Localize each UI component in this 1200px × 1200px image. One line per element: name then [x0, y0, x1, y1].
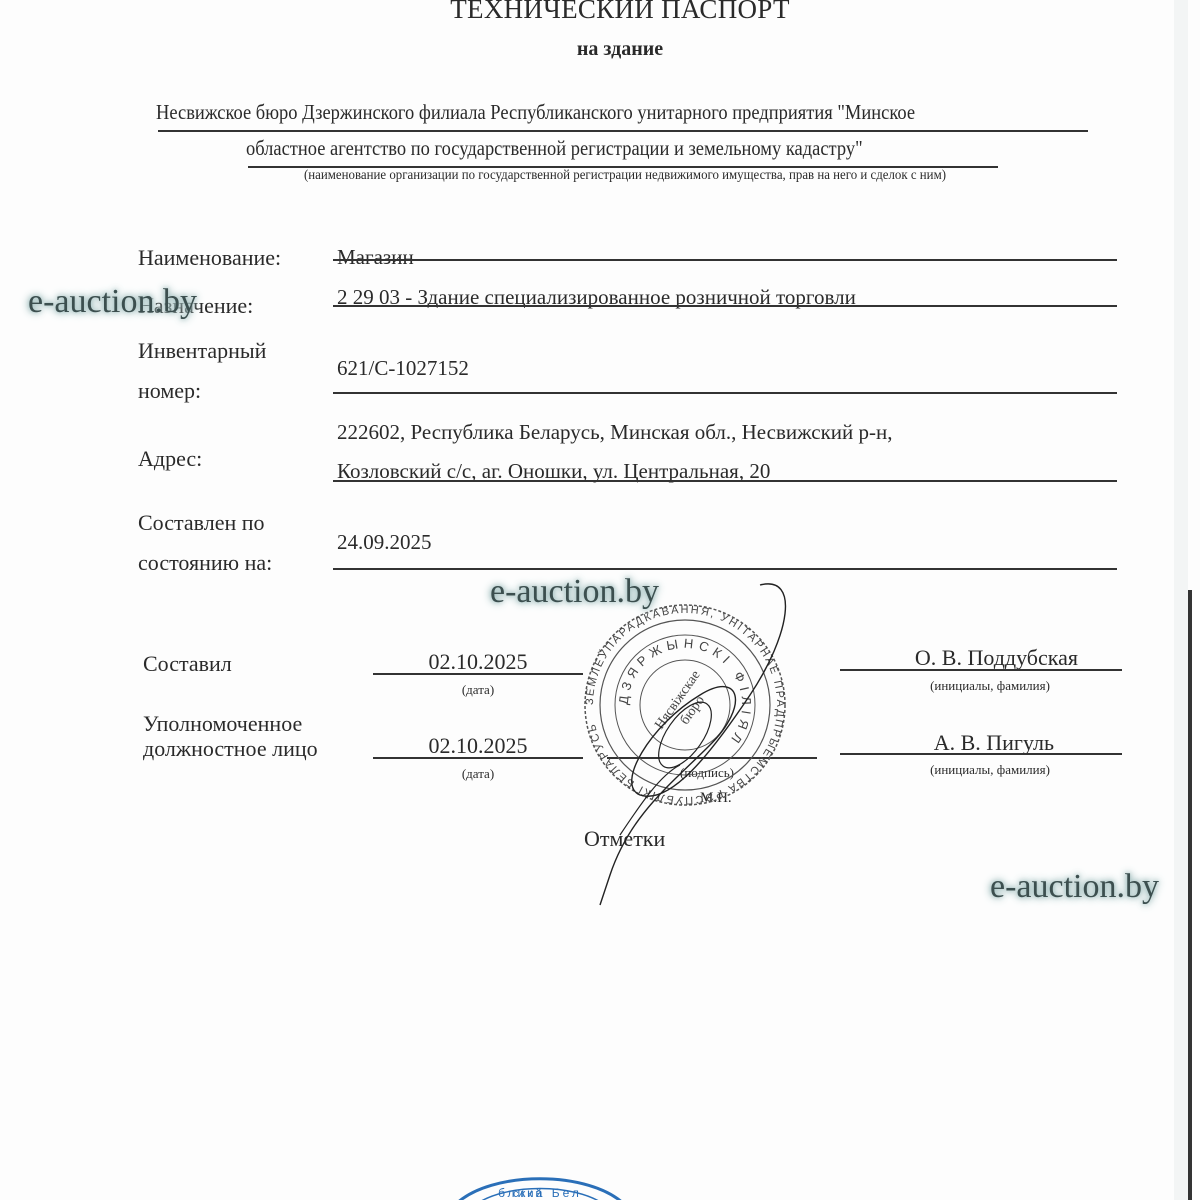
- compiled-name-caption: (инициалы, фамилия): [840, 678, 1140, 694]
- organization-underline-1: [158, 130, 1088, 132]
- document-subtitle: на здание: [0, 38, 1200, 61]
- watermark-2: e-auction.by: [490, 573, 659, 611]
- compiled-name: О. В. Поддубская: [840, 645, 1120, 671]
- authorized-name-text: А. В. Пигуль: [934, 730, 1054, 755]
- inventory-underline: [333, 392, 1117, 394]
- handwritten-signature-icon: [560, 575, 820, 915]
- state-date-underline: [333, 568, 1117, 570]
- scan-margin: [1174, 0, 1188, 1200]
- scan-edge: [1188, 590, 1192, 1200]
- authorized-date-caption: (дата): [373, 766, 583, 782]
- name-label: Наименование:: [138, 245, 281, 271]
- organization-line-2: областное агентство по государственной р…: [246, 136, 863, 161]
- organization-caption: (наименование организации по государстве…: [50, 168, 1200, 184]
- organization-line-1: Несвижское бюро Дзержинского филиала Рес…: [156, 100, 915, 125]
- watermark-1: e-auction.by: [28, 283, 197, 321]
- compiled-date-caption: (дата): [373, 682, 583, 698]
- inventory-label-line-1: Инвентарный: [138, 338, 266, 364]
- address-label: Адрес:: [138, 446, 202, 472]
- authorized-label-line-1: Уполномоченное: [143, 711, 302, 737]
- state-date-label-line-1: Составлен по: [138, 510, 265, 536]
- watermark-3: e-auction.by: [990, 868, 1159, 906]
- document-title: ТЕХНИЧЕСКИЙ ПАСПОРТ: [0, 0, 1200, 25]
- name-value: Магазин: [337, 245, 414, 270]
- purpose-underline: [333, 305, 1117, 307]
- compiled-name-text: О. В. Поддубская: [915, 645, 1078, 670]
- inventory-label-line-2: номер:: [138, 378, 201, 404]
- state-date-value: 24.09.2025: [337, 530, 432, 555]
- compiled-date-underline: [373, 673, 583, 675]
- state-date-label-line-2: состоянию на:: [138, 550, 272, 576]
- bottom-stamp-text-2: ский: [513, 1188, 544, 1200]
- compiled-name-underline: [840, 669, 1122, 671]
- document-page: ТЕХНИЧЕСКИЙ ПАСПОРТ на здание Несвижское…: [0, 0, 1200, 1200]
- inventory-value: 621/С-1027152: [337, 356, 469, 381]
- address-value-line-1: 222602, Республика Беларусь, Минская обл…: [337, 420, 893, 445]
- authorized-date-underline: [373, 757, 583, 759]
- address-underline: [333, 480, 1117, 482]
- compiled-label: Составил: [143, 651, 232, 677]
- authorized-date: 02.10.2025: [373, 733, 583, 759]
- name-underline: [333, 259, 1117, 261]
- compiled-date: 02.10.2025: [373, 649, 583, 675]
- authorized-name-caption: (инициалы, фамилия): [840, 762, 1140, 778]
- authorized-label-line-2: должностное лицо: [143, 736, 318, 762]
- authorized-name-underline: [840, 753, 1122, 755]
